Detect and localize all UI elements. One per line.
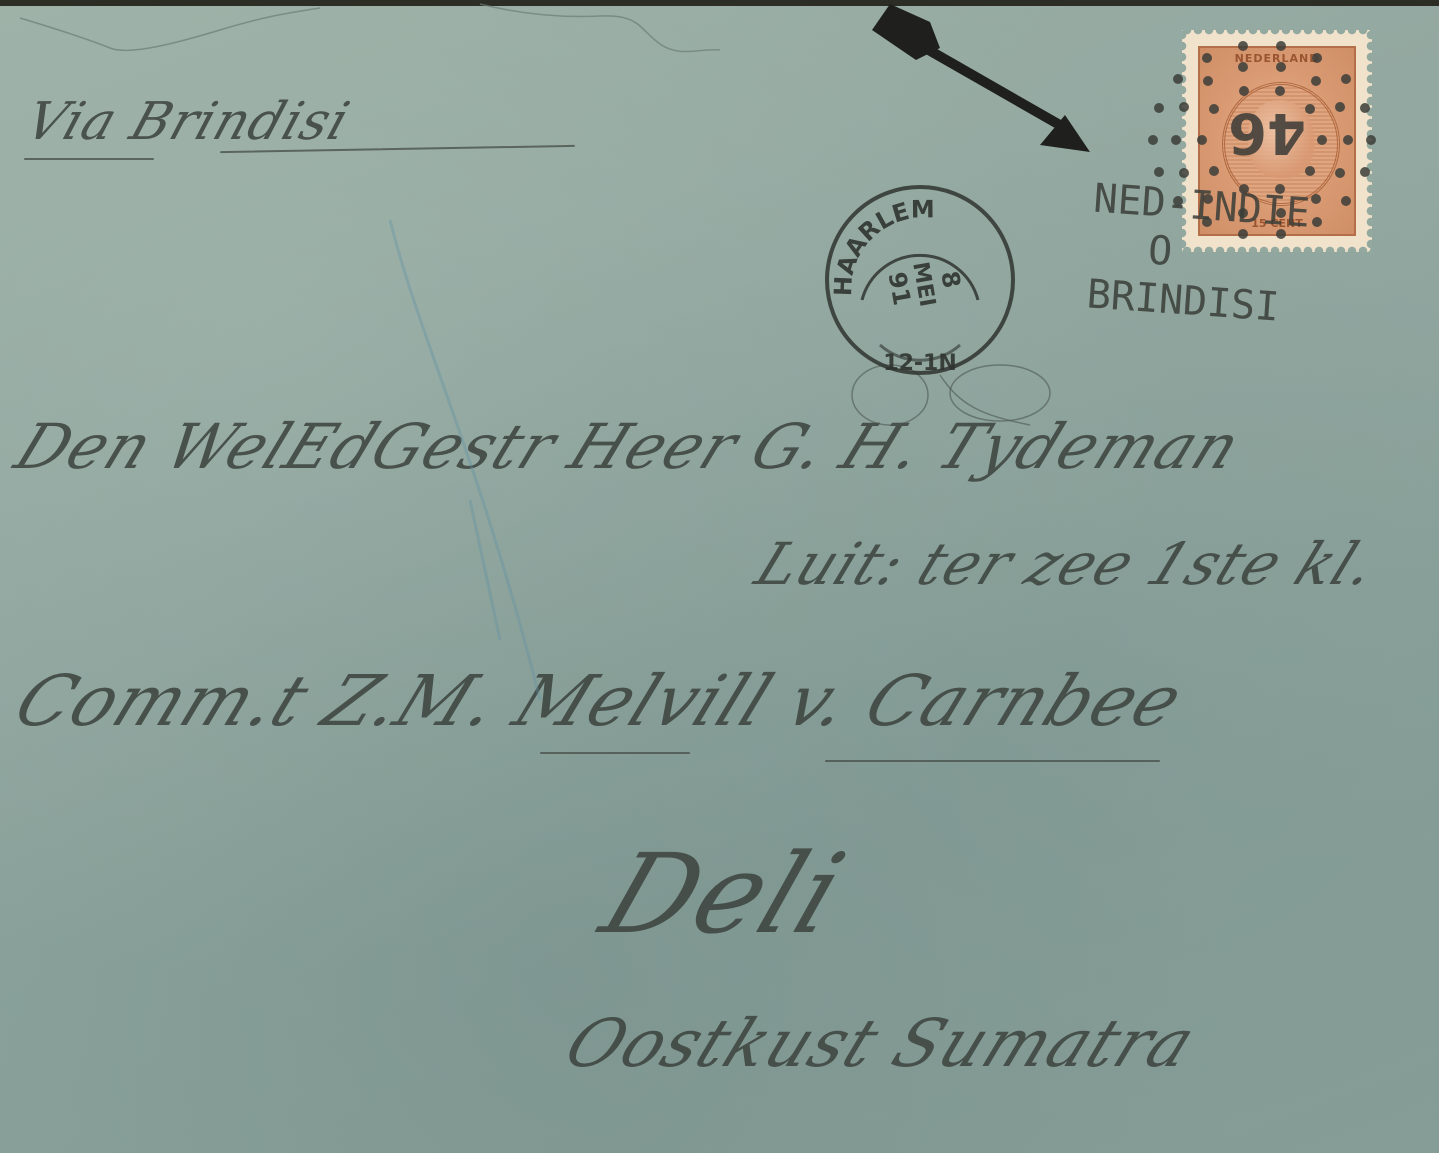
- address-line-2: Luit: ter zee 1ste kl.: [746, 530, 1387, 598]
- cancel-dot: [1238, 62, 1248, 72]
- svg-text:12-1N: 12-1N: [883, 351, 956, 376]
- route-cancel: NED-INDIE O BRINDISI: [1085, 175, 1311, 334]
- cancel-dot: [1148, 135, 1158, 145]
- cancel-dot: [1171, 135, 1181, 145]
- cancel-dot: [1312, 217, 1322, 227]
- cancel-dot: [1341, 196, 1351, 206]
- blue-pencil-mark: [360, 200, 620, 720]
- cancel-dot: [1154, 103, 1164, 113]
- cancel-number: 46: [1228, 100, 1306, 165]
- address-line-5: Oostkust Sumatra: [554, 1005, 1206, 1082]
- cancel-dot: [1312, 53, 1322, 63]
- svg-text:91: 91: [883, 270, 916, 308]
- cancel-dot: [1341, 74, 1351, 84]
- address-line-4: Deli: [587, 830, 861, 958]
- cancel-dot: [1239, 86, 1249, 96]
- routing-underline-1: [24, 158, 154, 160]
- haarlem-postmark: HAARLEM 8 MEI 91 12-1N: [820, 180, 1020, 380]
- cancel-dot: [1179, 168, 1189, 178]
- cancel-dot: [1276, 62, 1286, 72]
- address-line-1: Den WelEdGestr Heer G. H. Tydeman: [5, 410, 1251, 483]
- routing-note: Via Brindisi: [18, 92, 357, 152]
- address-underline-1: [540, 752, 690, 754]
- svg-text:8: 8: [935, 269, 965, 290]
- cancel-dot: [1317, 135, 1327, 145]
- cancel-dot: [1209, 166, 1219, 176]
- cancel-dot: [1311, 194, 1321, 204]
- cancel-dot: [1305, 166, 1315, 176]
- cancel-dot: [1335, 168, 1345, 178]
- address-underline-2: [825, 760, 1160, 762]
- cancel-dot: [1275, 86, 1285, 96]
- cancel-dot: [1360, 103, 1370, 113]
- arrow-icon: [860, 0, 1100, 165]
- envelope: Via Brindisi Den WelEdGestr Heer G. H. T…: [0, 0, 1439, 1153]
